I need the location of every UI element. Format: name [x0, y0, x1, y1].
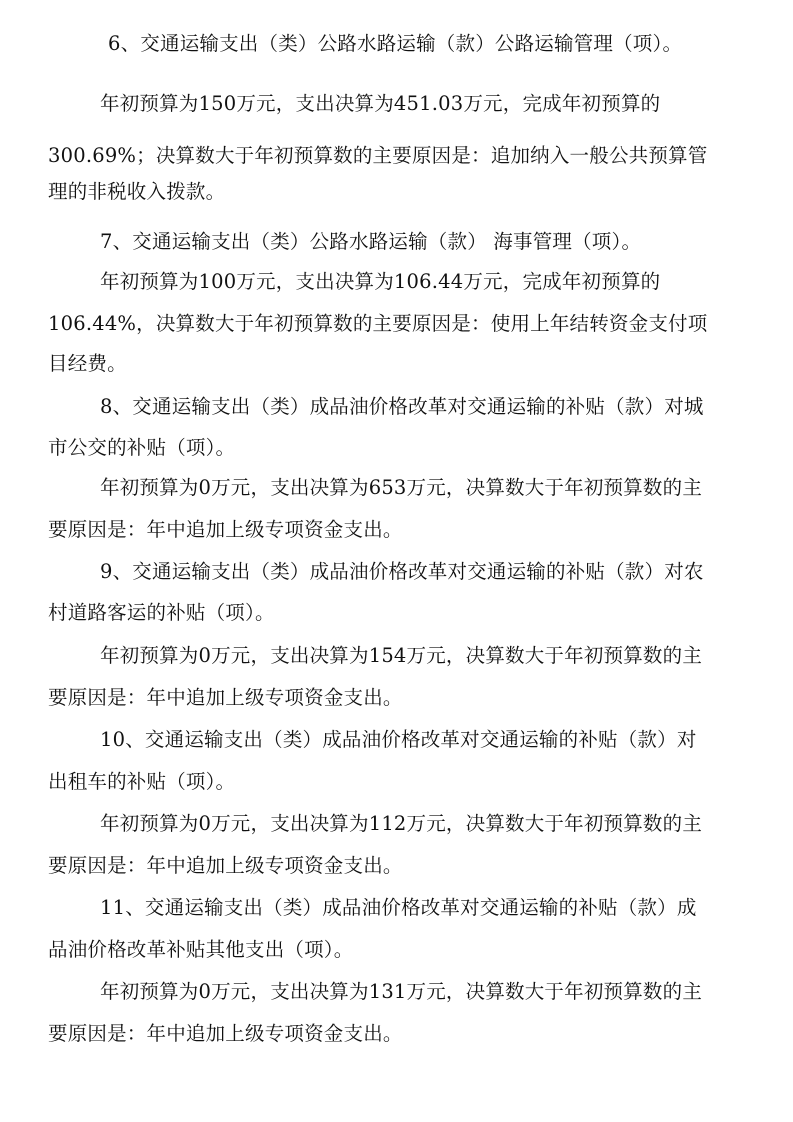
item-11-heading-line-1: 11、交通运输支出（类）成品油价格改革对交通运输的补贴（款）成: [100, 896, 697, 920]
item-7-heading: 7、交通运输支出（类）公路水路运输（款） 海事管理（项）。: [100, 230, 641, 254]
item-8-heading-line-1: 8、交通运输支出（类）成品油价格改革对交通运输的补贴（款）对城: [100, 395, 704, 419]
item-7-body-line-1: 年初预算为100万元，支出决算为106.44万元，完成年初预算的: [100, 270, 660, 294]
item-10-body-line-2: 要原因是：年中追加上级专项资金支出。: [48, 854, 403, 878]
item-9-heading-line-2: 村道路客运的补贴（项）。: [48, 601, 275, 625]
item-6-body-line-3: 理的非税收入拨款。: [48, 180, 225, 204]
item-8-body-line-2: 要原因是：年中追加上级专项资金支出。: [48, 518, 403, 542]
item-9-body-line-1: 年初预算为0万元，支出决算为154万元，决算数大于年初预算数的主: [100, 644, 702, 668]
item-6-body-line-1: 年初预算为150万元，支出决算为451.03万元，完成年初预算的: [100, 92, 660, 116]
item-11-heading-line-2: 品油价格改革补贴其他支出（项）。: [48, 938, 353, 962]
item-9-heading-line-1: 9、交通运输支出（类）成品油价格改革对交通运输的补贴（款）对农: [100, 560, 704, 584]
item-9-body-line-2: 要原因是：年中追加上级专项资金支出。: [48, 686, 403, 710]
item-7-body-line-3: 目经费。: [48, 352, 127, 376]
item-11-body-line-2: 要原因是：年中追加上级专项资金支出。: [48, 1022, 403, 1046]
item-11-body-line-1: 年初预算为0万元，支出决算为131万元，决算数大于年初预算数的主: [100, 980, 702, 1004]
item-10-body-line-1: 年初预算为0万元，支出决算为112万元，决算数大于年初预算数的主: [100, 812, 702, 836]
item-10-heading-line-1: 10、交通运输支出（类）成品油价格改革对交通运输的补贴（款）对: [100, 728, 697, 752]
document-page: 6、交通运输支出（类）公路水路运输（款）公路运输管理（项）。 年初预算为150万…: [0, 0, 793, 1122]
item-6-body-line-2: 300.69%；决算数大于年初预算数的主要原因是：追加纳入一般公共预算管: [48, 144, 707, 168]
item-10-heading-line-2: 出租车的补贴（项）。: [48, 770, 235, 794]
item-6-heading: 6、交通运输支出（类）公路水路运输（款）公路运输管理（项）。: [108, 32, 682, 56]
item-8-heading-line-2: 市公交的补贴（项）。: [48, 436, 235, 460]
item-7-body-line-2: 106.44%，决算数大于年初预算数的主要原因是：使用上年结转资金支付项: [48, 312, 707, 336]
item-8-body-line-1: 年初预算为0万元，支出决算为653万元，决算数大于年初预算数的主: [100, 476, 702, 500]
